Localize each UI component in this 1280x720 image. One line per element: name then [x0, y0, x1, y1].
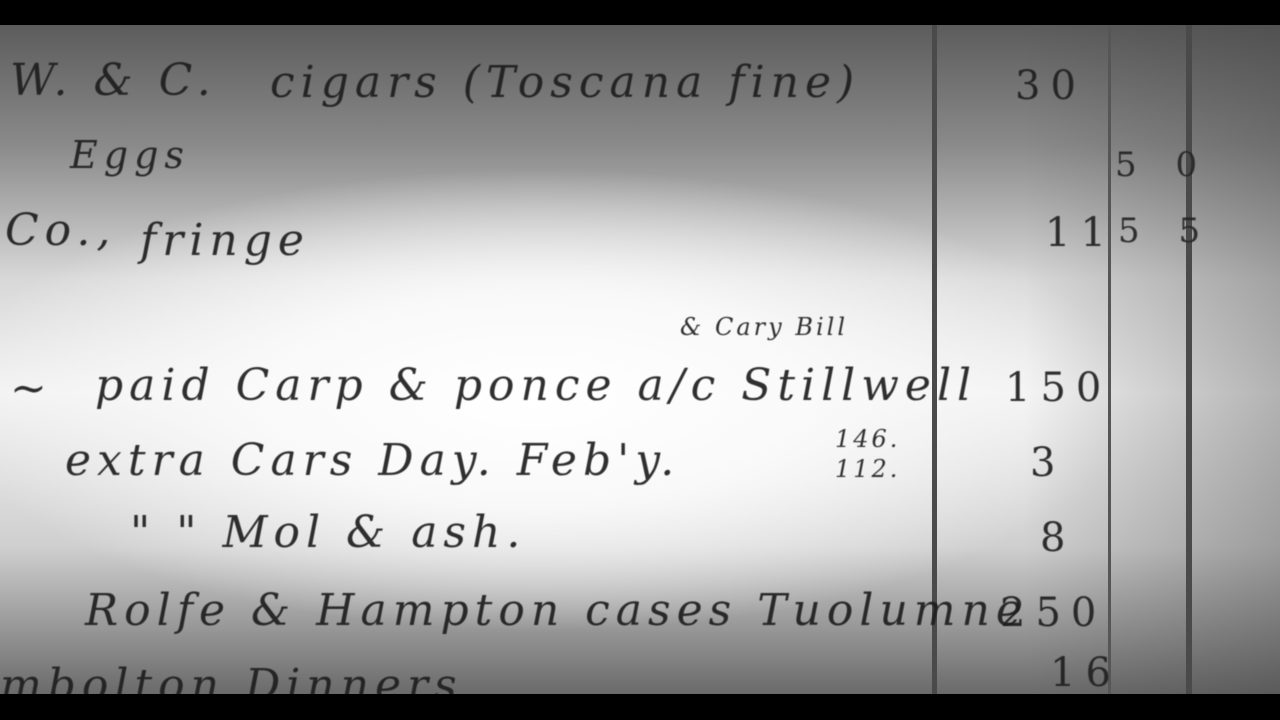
row-4-annotation-bottom: 112. [835, 455, 900, 483]
row-7-description: mbolton Dinners [0, 660, 463, 694]
row-0-amount: 30 [1015, 63, 1086, 109]
row-0-description: cigars (Toscana fine) [270, 57, 860, 108]
row-3-left: ~ [10, 363, 53, 414]
row-2-left: Co., [5, 205, 116, 256]
column-rule-3 [1186, 25, 1192, 694]
row-1-description: Eggs [70, 133, 190, 177]
row-1-check: 5 0 [1115, 145, 1211, 185]
row-4-description: extra Cars Day. Feb'y. [65, 435, 680, 486]
row-2-description: fringe [140, 215, 310, 266]
letterbox-bottom [0, 694, 1280, 720]
row-6-description: Rolfe & Hampton cases Tuolumne [85, 585, 1028, 636]
letterbox-top [0, 0, 1280, 25]
ledger-page: W. & C. cigars (Toscana fine) 30 Eggs 5 … [0, 25, 1280, 694]
row-5-description: " " Mol & ash. [130, 507, 526, 558]
row-3-description: paid Carp & ponce a/c Stillwell [95, 360, 977, 411]
row-4-amount: 3 [1030, 440, 1065, 486]
row-4-annotation-top: 146. [835, 425, 900, 453]
row-2-amount: 11 [1045, 210, 1116, 256]
row-5-amount: 8 [1040, 515, 1075, 561]
row-2-check: 5 5 [1118, 211, 1214, 251]
column-rule-2 [1108, 25, 1111, 694]
row-3-amount: 150 [1005, 365, 1111, 411]
row-3-annotation: & Cary Bill [680, 313, 848, 341]
row-0-left: W. & C. [10, 55, 217, 106]
row-6-amount: 250 [1000, 590, 1106, 636]
row-7-amount: 16 [1050, 650, 1121, 694]
